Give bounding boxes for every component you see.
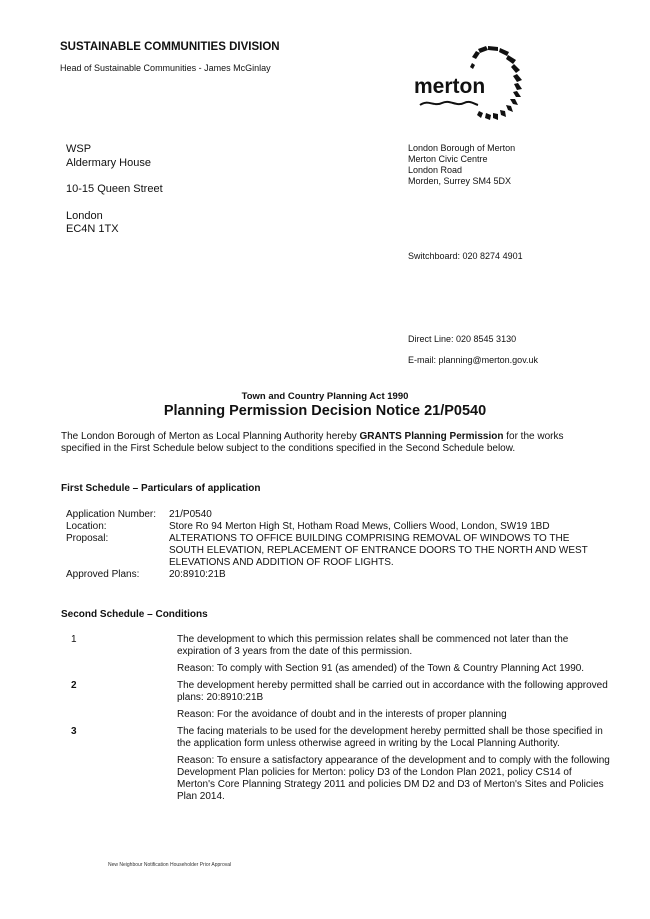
condition-item: 3 The facing materials to be used for th… [71,726,611,808]
particulars-value: Store Ro 94 Merton High St, Hotham Road … [169,521,606,533]
intro-text: The London Borough of Merton as Local Pl… [61,431,360,442]
footer-note: New Neighbour Notification Householder P… [108,862,231,868]
condition-reason: Reason: For the avoidance of doubt and i… [177,709,611,721]
particulars-row: Approved Plans: 20:8910:21B [66,569,606,581]
condition-text: The development hereby permitted shall b… [177,680,611,704]
switchboard-number: Switchboard: 020 8274 4901 [408,251,523,261]
condition-reason: Reason: To ensure a satisfactory appeara… [177,755,611,803]
condition-number: 1 [71,634,177,680]
particulars-label: Location: [66,521,169,533]
svg-text:merton: merton [414,75,485,98]
conditions-list: 1 The development to which this permissi… [71,634,611,808]
particulars-row: Application Number: 21/P0540 [66,509,606,521]
particulars-label: Proposal: [66,533,169,569]
sender-line: Merton Civic Centre [408,154,515,165]
particulars-value: ALTERATIONS TO OFFICE BUILDING COMPRISIN… [169,533,606,569]
particulars-label: Approved Plans: [66,569,169,581]
condition-reason: Reason: To comply with Section 91 (as am… [177,663,611,675]
recipient-address: WSP Aldermary House 10-15 Queen Street L… [66,143,163,237]
intro-grant: GRANTS Planning Permission [360,431,504,442]
first-schedule-heading: First Schedule – Particulars of applicat… [61,483,261,494]
particulars-row: Proposal: ALTERATIONS TO OFFICE BUILDING… [66,533,606,569]
merton-logo-icon: merton [412,45,537,125]
condition-item: 1 The development to which this permissi… [71,634,611,680]
second-schedule-heading: Second Schedule – Conditions [61,609,208,620]
recipient-line: Aldermary House [66,157,163,171]
particulars-row: Location: Store Ro 94 Merton High St, Ho… [66,521,606,533]
division-title: SUSTAINABLE COMMUNITIES DIVISION [60,41,280,53]
merton-logo: merton [412,45,537,125]
condition-number: 3 [71,726,177,808]
email-address: E-mail: planning@merton.gov.uk [408,355,538,365]
particulars-value: 20:8910:21B [169,569,606,581]
recipient-line: EC4N 1TX [66,223,163,237]
recipient-line: WSP [66,143,163,157]
notice-title: Planning Permission Decision Notice 21/P… [0,403,650,419]
sender-address: London Borough of Merton Merton Civic Ce… [408,143,515,187]
direct-line-number: Direct Line: 020 8545 3130 [408,334,516,344]
condition-number: 2 [71,680,177,726]
division-head: Head of Sustainable Communities - James … [60,63,271,73]
condition-text: The facing materials to be used for the … [177,726,611,750]
recipient-line: London [66,210,163,224]
sender-line: Morden, Surrey SM4 5DX [408,176,515,187]
recipient-line: 10-15 Queen Street [66,183,163,197]
particulars-value: 21/P0540 [169,509,606,521]
condition-text: The development to which this permission… [177,634,611,658]
act-title: Town and Country Planning Act 1990 [0,391,650,402]
condition-item: 2 The development hereby permitted shall… [71,680,611,726]
intro-paragraph: The London Borough of Merton as Local Pl… [61,431,601,455]
sender-line: London Borough of Merton [408,143,515,154]
particulars-label: Application Number: [66,509,169,521]
sender-line: London Road [408,165,515,176]
particulars-table: Application Number: 21/P0540 Location: S… [66,509,606,581]
